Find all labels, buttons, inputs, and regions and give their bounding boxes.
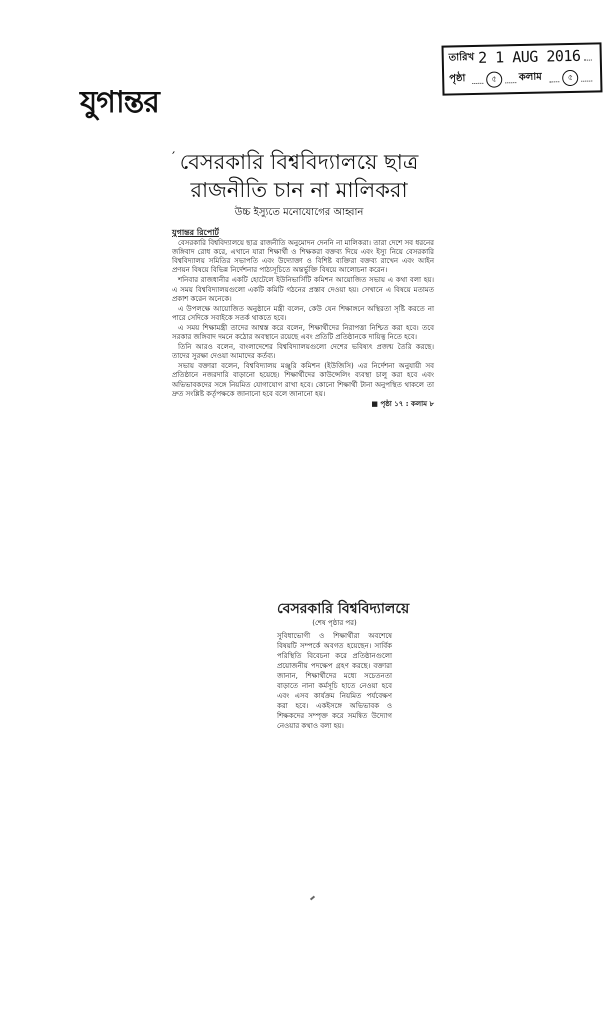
- continued-article: বেসরকারি বিশ্ববিদ্যালয়ে (শেষ পৃষ্ঠার পর…: [277, 600, 392, 731]
- newspaper-masthead: যুগান্তর: [80, 78, 159, 129]
- byline: যুগান্তর রিপোর্ট: [172, 228, 434, 237]
- stamp-dotted-line: [581, 73, 592, 82]
- stamp-date-label: তারিখ: [449, 50, 475, 68]
- scan-speck: [310, 896, 315, 901]
- article-headline: বেসরকারি বিশ্ববিদ্যালয়ে ছাত্র রাজনীতি চ…: [168, 148, 430, 220]
- subheadline: উচ্চ ইস্যুতে মনোযোগের আহ্বান: [168, 206, 430, 220]
- continued-from-note: (শেষ পৃষ্ঠার পর): [277, 618, 392, 628]
- headline-line-1: বেসরকারি বিশ্ববিদ্যালয়ে ছাত্র: [168, 148, 430, 176]
- paragraph: তিনি আরও বলেন, বাংলাদেশের বিশ্ববিদ্যালয়…: [172, 343, 434, 361]
- stamp-dotted-line: [505, 74, 516, 83]
- continued-body: সুবিধাভোগী ও শিক্ষার্থীরা অবশেষে বিষয়টি…: [277, 631, 392, 731]
- stamp-dotted-line: [549, 73, 560, 82]
- stamp-page-row: পৃষ্ঠা ৫ কলাম ৫: [444, 66, 600, 90]
- stamp-dotted-line: [583, 51, 591, 60]
- archive-stamp: তারিখ 2 1 AUG 2016 পৃষ্ঠা ৫ কলাম ৫: [441, 42, 602, 95]
- stamp-column-label: কলাম: [519, 70, 542, 87]
- paragraph: সভায় বক্তারা বলেন, বিশ্ববিদ্যালয় মঞ্জু…: [172, 362, 434, 398]
- stamp-column-value: ৫: [562, 69, 578, 85]
- paragraph: এ সময় শিক্ষামন্ত্রী তাদের আশ্বস্ত করে ব…: [172, 324, 434, 342]
- paragraph: শনিবার রাজধানীর একটি হোটেলে ইউনিভার্সিটি…: [172, 276, 434, 303]
- paragraph: এ উপলক্ষে আয়োজিত অনুষ্ঠানে মন্ত্রী বলেন…: [172, 305, 434, 323]
- headline-line-2: রাজনীতি চান না মালিকরা: [168, 176, 430, 204]
- stamp-dotted-line: [472, 75, 483, 84]
- continuation-note: ■ পৃষ্ঠা ১৭ : কলাম ৮: [172, 400, 434, 409]
- stamp-page-value: ৫: [486, 71, 502, 87]
- stamp-date-value: 2 1 AUG 2016: [478, 47, 581, 67]
- continued-headline: বেসরকারি বিশ্ববিদ্যালয়ে: [277, 600, 392, 618]
- stamp-page-label: পৃষ্ঠা: [449, 71, 466, 88]
- article-body: যুগান্তর রিপোর্ট বেসরকারি বিশ্ববিদ্যালয়…: [172, 228, 434, 409]
- paragraph: বেসরকারি বিশ্ববিদ্যালয়ে ছাত্র রাজনীতি অ…: [172, 239, 434, 275]
